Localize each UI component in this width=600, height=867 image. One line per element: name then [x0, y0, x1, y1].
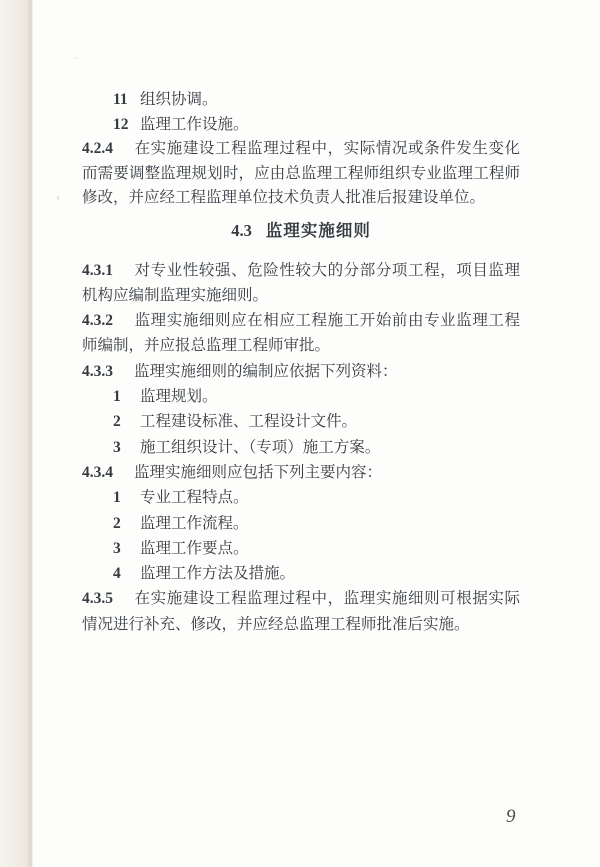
- list-item: 1专业工程特点。: [82, 485, 520, 510]
- list-item-12: 12监理工作设施。: [82, 113, 520, 138]
- list-item: 3施工组织设计、（专项）施工方案。: [82, 435, 520, 460]
- clause-4-3-2-line-2: 师编制，并应报总监理工程师审批。: [82, 333, 520, 358]
- clause-number: 4.3.2: [82, 308, 134, 333]
- clause-number: 4.3.3: [82, 359, 134, 384]
- list-item: 4监理工作方法及措施。: [82, 561, 520, 586]
- clause-4-3-2-line-1: 4.3.2监理实施细则应在相应工程施工开始前由专业监理工程: [82, 308, 520, 333]
- clause-text: 监理实施细则应包括下列主要内容：: [134, 464, 382, 481]
- scan-speck: [75, 57, 77, 59]
- list-item-number: 12: [113, 113, 140, 138]
- list-item-text: 组织协调。: [140, 91, 218, 108]
- list-item-11: 11组织协调。: [82, 88, 520, 113]
- list-item-text: 监理规划。: [140, 388, 218, 405]
- list-item-number: 2: [113, 409, 140, 434]
- list-item-text: 专业工程特点。: [140, 489, 249, 506]
- section-heading-number: 4.3: [231, 221, 252, 240]
- clause-4-3-4-line: 4.3.4监理实施细则应包括下列主要内容：: [82, 460, 520, 485]
- clause-text: 监理实施细则的编制应依据下列资料：: [134, 363, 398, 380]
- list-item-number: 1: [113, 485, 140, 510]
- clause-number: 4.2.4: [82, 137, 134, 162]
- clause-4-3-5-line-2: 情况进行补充、修改，并应经总监理工程师批准后实施。: [82, 612, 520, 637]
- scanned-document-page: 11组织协调。 12监理工作设施。 4.2.4在实施建设工程监理过程中，实际情况…: [0, 0, 600, 867]
- list-item: 1监理规划。: [82, 384, 520, 409]
- document-content: 11组织协调。 12监理工作设施。 4.2.4在实施建设工程监理过程中，实际情况…: [82, 88, 520, 637]
- list-item-text: 监理工作设施。: [140, 116, 249, 133]
- section-heading-title: 监理实施细则: [266, 221, 371, 240]
- list-item-text: 工程建设标准、工程设计文件。: [140, 413, 357, 430]
- scan-speck: [57, 196, 59, 200]
- clause-4-3-3-line: 4.3.3监理实施细则的编制应依据下列资料：: [82, 359, 520, 384]
- list-item: 2工程建设标准、工程设计文件。: [82, 409, 520, 434]
- clause-4-2-4-line-2: 而需要调整监理规划时，应由总监理工程师组织专业监理工程师: [82, 162, 520, 187]
- clause-text: 对专业性较强、危险性较大的分部分项工程，项目监理: [134, 262, 520, 279]
- list-item-number: 2: [113, 511, 140, 536]
- clause-number: 4.3.1: [82, 258, 134, 283]
- list-item-number: 11: [113, 88, 140, 113]
- clause-text: 监理实施细则应在相应工程施工开始前由专业监理工程: [134, 312, 520, 329]
- list-item-text: 监理工作要点。: [140, 540, 249, 557]
- list-item-text: 监理工作流程。: [140, 515, 249, 532]
- section-heading-4-3: 4.3监理实施细则: [82, 219, 520, 244]
- list-item-number: 3: [113, 435, 140, 460]
- clause-4-3-1-line-2: 机构应编制监理实施细则。: [82, 283, 520, 308]
- page-number: 9: [506, 806, 516, 828]
- clause-number: 4.3.5: [82, 586, 134, 611]
- list-item-number: 3: [113, 536, 140, 561]
- clause-text: 在实施建设工程监理过程中，监理实施细则可根据实际: [134, 590, 520, 607]
- clause-4-3-5-line-1: 4.3.5在实施建设工程监理过程中，监理实施细则可根据实际: [82, 586, 520, 611]
- clause-text: 在实施建设工程监理过程中，实际情况或条件发生变化: [134, 140, 520, 157]
- list-item: 3监理工作要点。: [82, 536, 520, 561]
- list-item-number: 1: [113, 384, 140, 409]
- clause-4-3-1-line-1: 4.3.1对专业性较强、危险性较大的分部分项工程，项目监理: [82, 258, 520, 283]
- list-item-text: 施工组织设计、（专项）施工方案。: [140, 439, 380, 456]
- list-item-text: 监理工作方法及措施。: [140, 565, 295, 582]
- clause-4-2-4-line-3: 修改，并应经工程监理单位技术负责人批准后报建设单位。: [82, 186, 520, 211]
- list-item-number: 4: [113, 561, 140, 586]
- clause-number: 4.3.4: [82, 460, 134, 485]
- section-4-3-body: 4.3.1对专业性较强、危险性较大的分部分项工程，项目监理 机构应编制监理实施细…: [82, 258, 520, 637]
- list-item: 2监理工作流程。: [82, 511, 520, 536]
- page-left-edge-shadow: [0, 0, 33, 867]
- section-4-2: 11组织协调。 12监理工作设施。 4.2.4在实施建设工程监理过程中，实际情况…: [82, 88, 520, 211]
- clause-4-2-4-line-1: 4.2.4在实施建设工程监理过程中，实际情况或条件发生变化: [82, 137, 520, 162]
